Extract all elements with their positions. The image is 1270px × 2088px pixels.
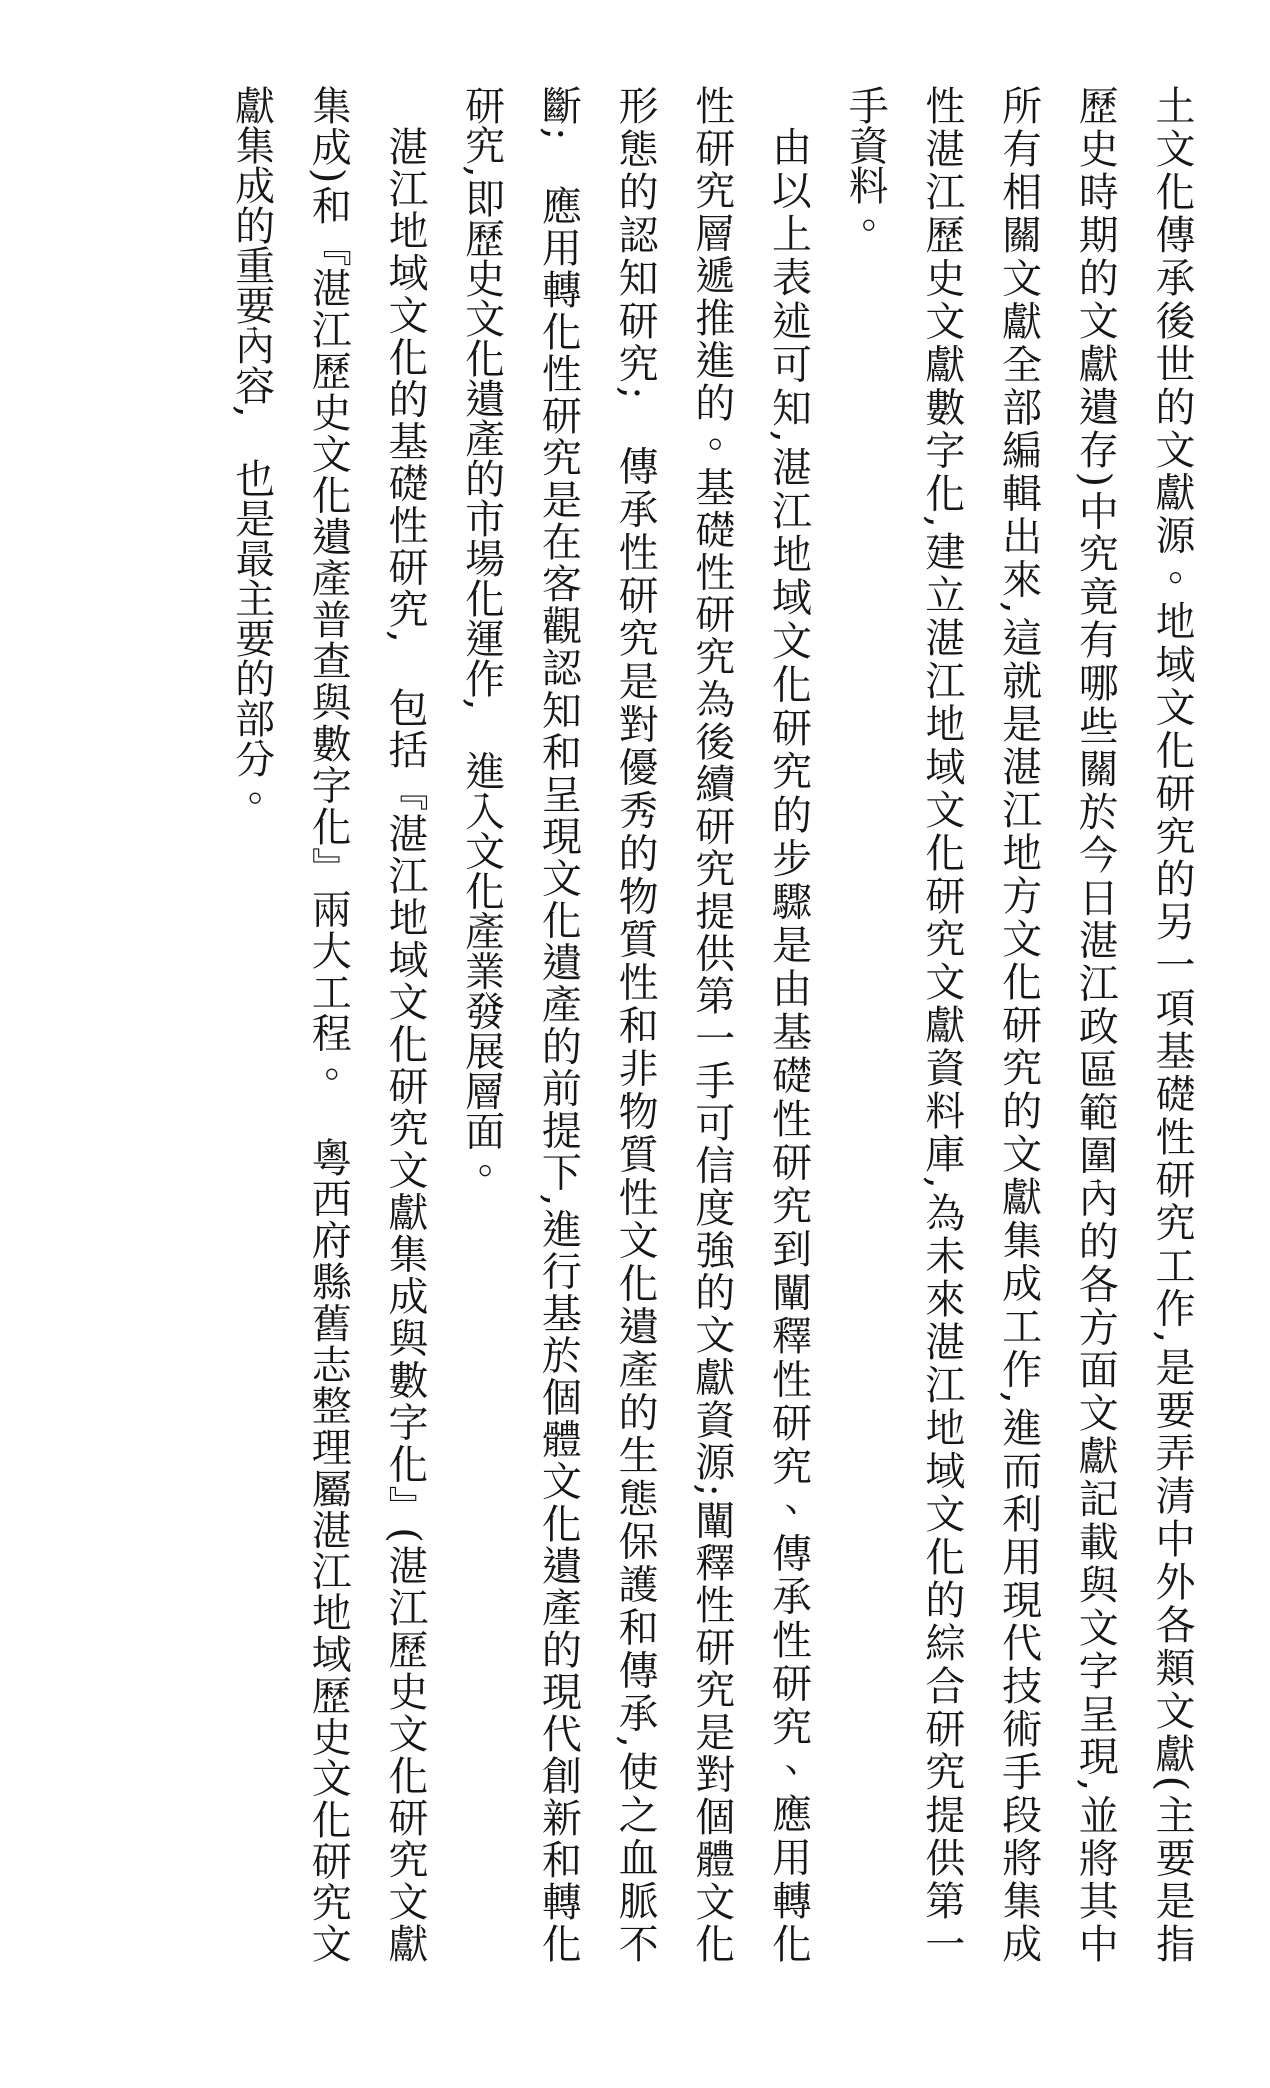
vertical-text-block: 土文化傳承後世的文獻源。地域文化研究的另一項基礎性研究工作,是要弄清中外各類文獻… xyxy=(213,85,1210,1963)
text-column-3: 所有相關文獻全部編輯出來,這就是湛江地方文化研究的文獻集成工作,進而利用現代技術… xyxy=(980,85,1057,1963)
text-column-1: 土文化傳承後世的文獻源。地域文化研究的另一項基礎性研究工作,是要弄清中外各類文獻… xyxy=(1133,85,1210,1963)
text-column-11: 湛江地域文化的基礎性研究, 包括『湛江地域文化研究文獻集成與數字化』(湛江歷史文… xyxy=(366,85,443,1963)
text-column-9: 斷; 應用轉化性研究是在客觀認知和呈現文化遺產的前提下,進行基於個體文化遺產的現… xyxy=(520,85,597,1963)
text-column-5: 手資料。 xyxy=(826,85,903,1963)
text-column-2: 歷史時期的文獻遺存)中究竟有哪些關於今日湛江政區範圍內的各方面文獻記載與文字呈現… xyxy=(1057,85,1134,1963)
text-column-8: 形態的認知研究; 傳承性研究是對優秀的物質性和非物質性文化遺產的生態保護和傳承,… xyxy=(596,85,673,1963)
text-column-12: 集成)和『湛江歷史文化遺產普查與數字化』兩大工程。 粵西府縣舊志整理屬湛江地域歷… xyxy=(290,85,367,1963)
text-column-4: 性湛江歷史文獻數字化,建立湛江地域文化研究文獻資料庫,為未來湛江地域文化的綜合研… xyxy=(903,85,980,1963)
text-column-13: 獻集成的重要內容, 也是最主要的部分。 xyxy=(213,85,290,1963)
scanned-page: 土文化傳承後世的文獻源。地域文化研究的另一項基礎性研究工作,是要弄清中外各類文獻… xyxy=(0,0,1270,2088)
document-page: { "page": { "width": 1270, "height": 208… xyxy=(0,0,1270,2088)
text-column-10: 研究,即歷史文化遺產的市場化運作, 進入文化產業發展層面。 xyxy=(443,85,520,1963)
text-column-7: 性研究層遞推進的。基礎性研究為後續研究提供第一手可信度強的文獻資源;闡釋性研究是… xyxy=(673,85,750,1963)
text-column-6: 由以上表述可知,湛江地域文化研究的步驟是由基礎性研究到闡釋性研究、傳承性研究、應… xyxy=(750,85,827,1963)
